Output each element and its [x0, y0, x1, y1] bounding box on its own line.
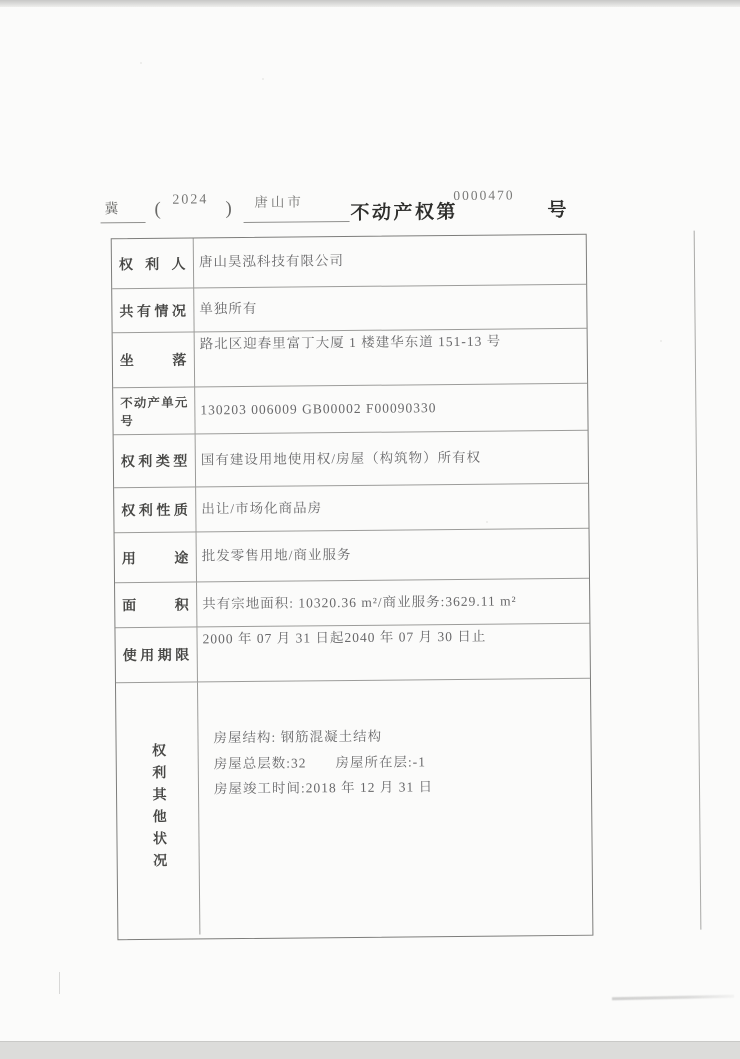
scan-speck [486, 521, 488, 523]
row-value-other-status: 房屋结构: 钢筋混凝土结构 房屋总层数:32 房屋所在层:-1 房屋竣工时间:2… [198, 679, 592, 935]
table-row-right-type: 权利类型 国有建设用地使用权/房屋（构筑物）所有权 [114, 431, 588, 489]
table-row-unit-number: 不动产单元号 130203 006009 GB00002 F00090330 [113, 384, 587, 436]
table-row-co-ownership: 共有情况 单独所有 [112, 285, 586, 334]
row-value-unit-number: 130203 006009 GB00002 F00090330 [195, 384, 587, 434]
house-completion-line: 房屋竣工时间:2018 年 12 月 31 日 [214, 774, 433, 802]
row-label-usage: 用途 [115, 532, 197, 582]
row-label-holder: 权利人 [112, 238, 194, 288]
row-label-right-nature: 权利性质 [114, 487, 196, 532]
province-char: 冀 [104, 198, 119, 218]
province-underline [101, 222, 146, 223]
row-value-location: 路北区迎春里富丁大厦 1 楼建华东道 151-13 号 [195, 329, 588, 387]
scan-tick-mark [59, 972, 60, 994]
certificate-table: 权利人 唐山昊泓科技有限公司 共有情况 单独所有 坐落 路北区迎春里富丁大厦 1… [111, 234, 594, 941]
scan-speck [140, 62, 142, 64]
row-label-other-status: 权利其他状况 [116, 682, 200, 935]
table-row-area: 面积 共有宗地面积: 10320.36 m²/商业服务:3629.11 m² [115, 579, 589, 629]
table-row-usage: 用途 批发零售用地/商业服务 [115, 529, 589, 584]
row-value-right-type: 国有建设用地使用权/房屋（构筑物）所有权 [196, 431, 588, 487]
row-label-area: 面积 [115, 582, 197, 627]
row-label-unit-number: 不动产单元号 [113, 387, 195, 434]
certificate-year: 2024 [172, 192, 208, 208]
row-label-right-type: 权利类型 [114, 434, 196, 487]
row-value-right-nature: 出让/市场化商品房 [196, 484, 588, 532]
table-row-holder: 权利人 唐山昊泓科技有限公司 [112, 235, 586, 290]
page-edge-line [694, 231, 702, 930]
scan-top-band [0, 0, 740, 7]
row-value-usage: 批发零售用地/商业服务 [197, 529, 589, 582]
table-row-right-nature: 权利性质 出让/市场化商品房 [114, 484, 588, 534]
table-row-location: 坐落 路北区迎春里富丁大厦 1 楼建华东道 151-13 号 [113, 329, 588, 389]
certificate-suffix: 号 [547, 195, 566, 222]
house-floors-line: 房屋总层数:32 房屋所在层:-1 [214, 749, 433, 777]
house-structure-line: 房屋结构: 钢筋混凝土结构 [213, 723, 432, 751]
row-label-use-term: 使用期限 [115, 627, 198, 682]
scan-speck [262, 78, 264, 80]
row-value-holder: 唐山昊泓科技有限公司 [194, 235, 586, 288]
scanned-page: 冀 ( 2024 ) 唐山市 不动产权第 0000470 号 权利人 唐山昊泓科… [0, 0, 740, 1059]
certificate-number: 0000470 [453, 187, 514, 204]
close-paren: ) [225, 198, 232, 220]
row-label-co-ownership: 共有情况 [112, 288, 194, 332]
row-label-location: 坐落 [113, 332, 196, 387]
table-row-use-term: 使用期限 2000 年 07 月 31 日起2040 年 07 月 30 日止 [115, 624, 590, 684]
row-value-use-term: 2000 年 07 月 31 日起2040 年 07 月 30 日止 [197, 624, 590, 682]
table-row-other-status: 权利其他状况 房屋结构: 钢筋混凝土结构 房屋总层数:32 房屋所在层:-1 房… [116, 679, 592, 936]
scan-speck [660, 340, 662, 342]
row-value-area: 共有宗地面积: 10320.36 m²/商业服务:3629.11 m² [197, 579, 589, 627]
certificate-scan: 冀 ( 2024 ) 唐山市 不动产权第 0000470 号 权利人 唐山昊泓科… [0, 0, 740, 1059]
other-status-lines: 房屋结构: 钢筋混凝土结构 房屋总层数:32 房屋所在层:-1 房屋竣工时间:2… [203, 683, 439, 802]
city-name: 唐山市 [254, 190, 304, 210]
city-underline [244, 221, 350, 223]
certificate-title: 不动产权第 [350, 197, 458, 225]
other-status-vertical-label: 权利其他状况 [147, 743, 168, 875]
scan-bottom-band [0, 1041, 740, 1059]
open-paren: ( [154, 199, 161, 221]
row-value-co-ownership: 单独所有 [194, 285, 586, 332]
